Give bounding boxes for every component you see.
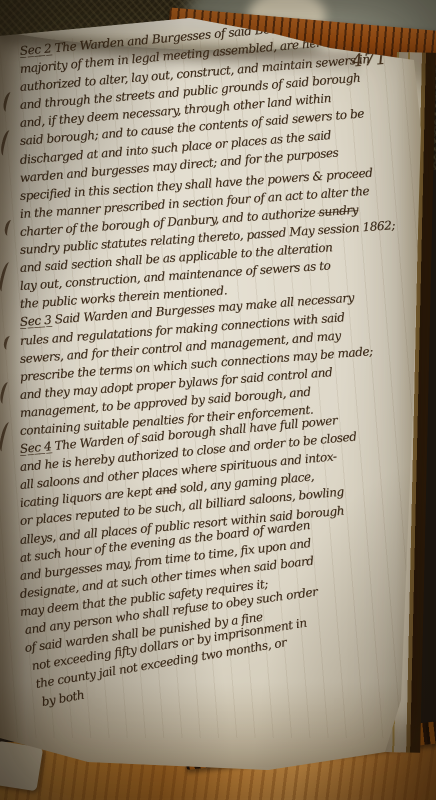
facing-page-corner [0, 741, 43, 792]
manuscript-photo: 471 S̲e̲c̲ ̲2̲ The Warden and Burgesses … [0, 0, 436, 800]
handwritten-text-block: S̲e̲c̲ ̲2̲ The Warden and Burgesses of s… [18, 42, 420, 711]
manuscript-page: 471 S̲e̲c̲ ̲2̲ The Warden and Burgesses … [0, 10, 436, 772]
